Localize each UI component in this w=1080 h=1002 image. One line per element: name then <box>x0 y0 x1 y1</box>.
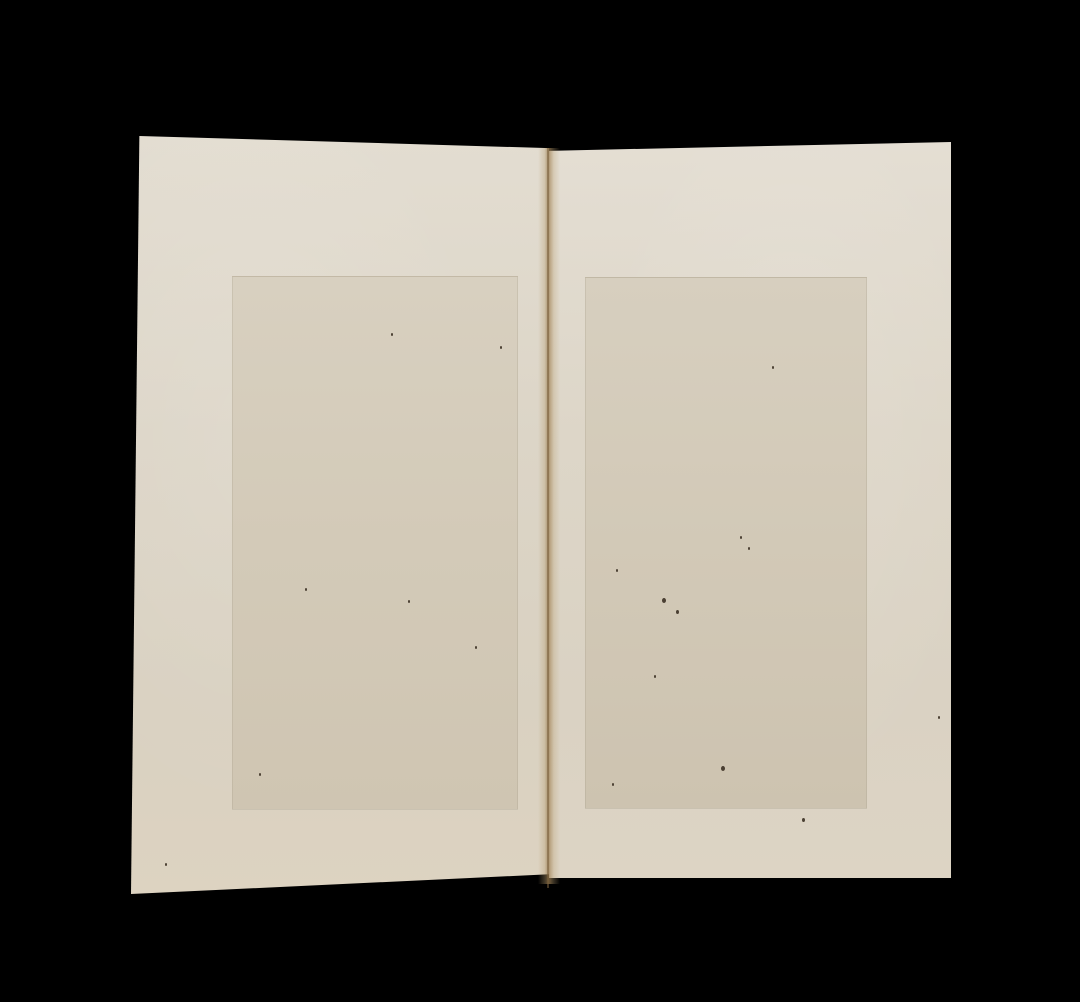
speck <box>654 675 656 678</box>
photo-background <box>0 0 1080 1002</box>
speck <box>938 716 940 719</box>
speck <box>500 346 502 349</box>
speck <box>408 600 410 603</box>
left-plate-mark <box>232 276 518 810</box>
speck <box>772 366 774 369</box>
speck <box>748 547 750 550</box>
speck <box>165 863 167 866</box>
speck <box>305 588 307 591</box>
speck <box>721 766 725 771</box>
right-plate-mark <box>585 277 867 809</box>
speck <box>676 610 679 614</box>
speck <box>662 598 666 603</box>
speck <box>612 783 614 786</box>
center-fold-stain <box>538 148 560 884</box>
speck <box>391 333 393 336</box>
speck <box>616 569 618 572</box>
speck <box>740 536 742 539</box>
speck <box>259 773 261 776</box>
speck <box>802 818 805 822</box>
speck <box>475 646 477 649</box>
center-fold-line <box>547 148 549 888</box>
